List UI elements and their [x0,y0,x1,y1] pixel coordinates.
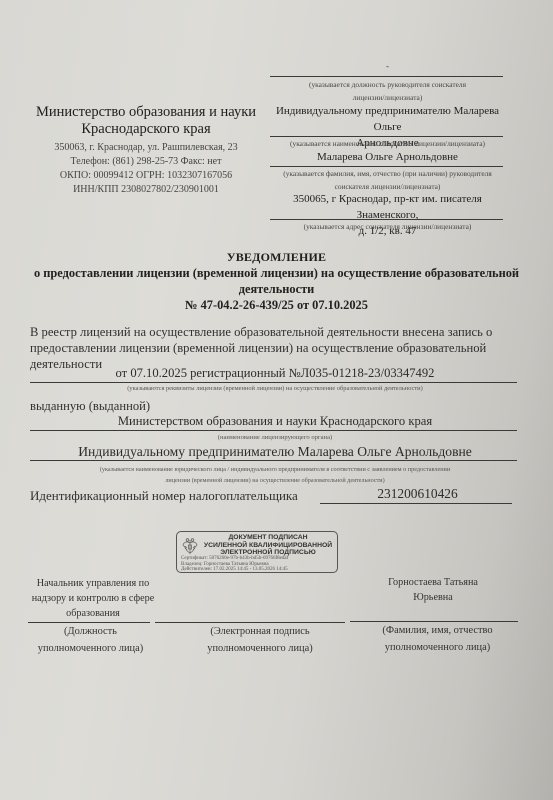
stamp-details: Сертификат: 5076260e-97b-b43b-bd5b-69766… [181,556,335,573]
license-details-caption: (указываются реквизиты лицензии (временн… [30,385,520,392]
issued-label: выданную (выданной) [30,398,520,414]
divider [270,76,503,77]
title-subtitle-1: о предоставлении лицензии (временной лиц… [20,265,533,281]
issuer-phone: Телефон: (861) 298-25-73 Факс: нет [28,155,264,169]
recipient-address-caption: (указывается адрес соискателя лицензии/л… [270,220,505,233]
signer-position: Начальник управления по надзору и контро… [28,576,158,621]
electronic-signature-stamp: ДОКУМЕНТ ПОДПИСАН УСИЛЕННОЙ КВАЛИФИЦИРОВ… [176,531,338,573]
divider [30,460,517,461]
coat-of-arms-icon [182,537,198,557]
notification-title: УВЕДОМЛЕНИЕ о предоставлении лицензии (в… [20,249,533,313]
stamp-heading: ДОКУМЕНТ ПОДПИСАН УСИЛЕННОЙ КВАЛИФИЦИРОВ… [201,534,335,557]
stamp-validity: Действителен: 17.02.2025 14:45 - 13.05.2… [181,567,335,573]
issuing-body-caption: (наименование лицензирующего органа) [30,434,520,441]
issuer-address: 350063, г. Краснодар, ул. Рашпилевская, … [28,141,264,155]
recipient-position-value: - [270,62,505,72]
inn-value: 231200610426 [320,486,515,502]
notification-number: № 47-04.2-26-439/25 от 07.10.2025 [20,297,533,313]
intro-paragraph: В реестр лицензий на осуществление образ… [30,324,520,372]
divider [30,382,517,383]
caption-position: (Должность уполномоченного лица) [28,623,153,657]
divider [30,430,517,431]
title-subtitle-2: деятельности [20,281,533,297]
notification-document: Министерство образования и науки Краснод… [0,0,553,800]
licensee-name: Индивидуальному предпринимателю Маларева… [30,444,520,460]
licensee-caption: (указывается наименование юридического л… [22,464,528,486]
recipient-head-value: Маларева Ольге Арнольдовне [270,149,505,165]
signer-name: Горностаева Татьяна Юрьевна [368,575,498,605]
page-title: УВЕДОМЛЕНИЕ [20,249,533,265]
issuer-inn-kpp: ИНН/КПП 2308027802/230901001 [28,183,264,197]
divider [320,503,512,504]
recipient-head-caption: (указывается фамилия, имя, отчество (при… [270,167,505,193]
issuing-body: Министерством образования и науки Красно… [30,414,520,429]
recipient-position-caption: (указывается должность руководителя соис… [270,78,505,104]
caption-signature: (Электронная подпись уполномоченного лиц… [180,623,340,657]
issuer-name-line-2: Краснодарского края [28,121,264,138]
issuer-name-line-1: Министерство образования и науки [28,104,264,121]
license-details: от 07.10.2025 регистрационный №Л035-0121… [30,366,520,381]
caption-name: (Фамилия, имя, отчество уполномоченного … [355,622,520,656]
issuer-okpo-ogrn: ОКПО: 00099412 ОГРН: 1032307167056 [28,169,264,183]
issuer-block: Министерство образования и науки Краснод… [28,104,264,197]
